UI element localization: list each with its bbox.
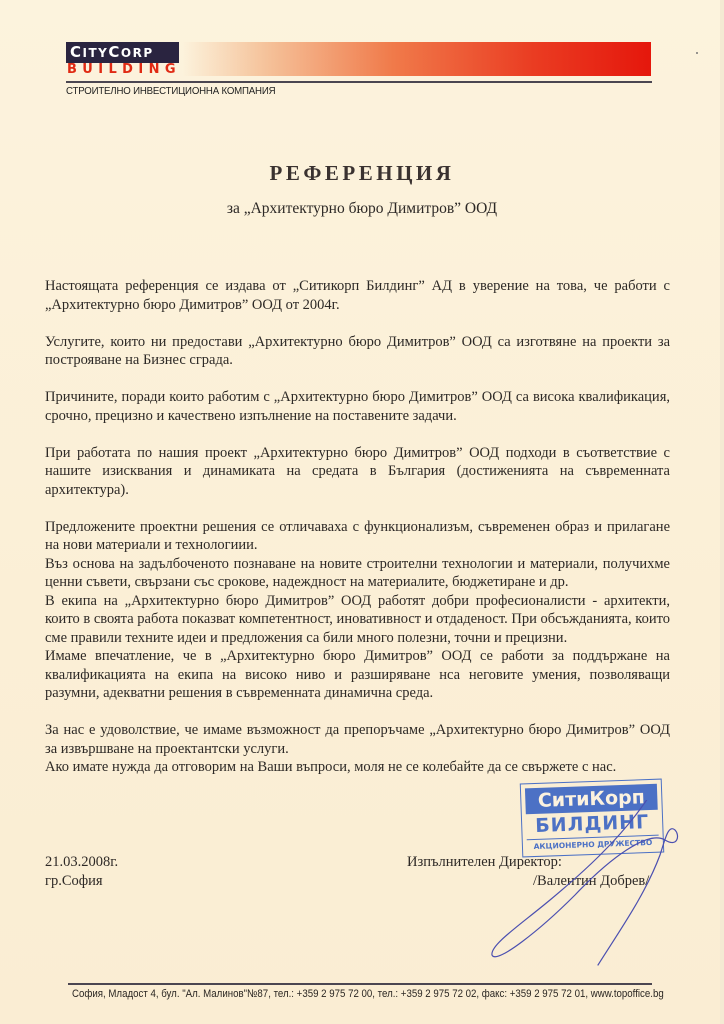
signature-icon [480, 800, 700, 970]
logo-citycorp: CITYCORP [70, 43, 154, 63]
paragraph-8: Имаме впечатление, че в „Архитектурно бю… [45, 647, 670, 703]
paragraph-2: Услугите, които ни предостави „Архитекту… [45, 333, 670, 370]
paragraph-7: В екипа на „Архитектурно бюро Димитров” … [45, 592, 670, 648]
letter-page: CITYCORP BUILDING СТРОИТЕЛНО ИНВЕСТИЦИОН… [0, 0, 724, 1024]
company-tagline: СТРОИТЕЛНО ИНВЕСТИЦИОННА КОМПАНИЯ [66, 85, 275, 97]
footer-divider [68, 983, 652, 985]
date-place-block: 21.03.2008г. гр.София [45, 853, 118, 890]
header-divider [66, 81, 652, 83]
letter-body: Настоящата референция се издава от „Сити… [45, 277, 670, 777]
paragraph-3: Причините, поради които работим с „Архит… [45, 388, 670, 425]
logo-building: BUILDING [67, 63, 181, 77]
paragraph-9: За нас е удоволствие, че имаме възможнос… [45, 721, 670, 758]
document-title: РЕФЕРЕНЦИЯ [0, 161, 724, 186]
footer-contact-info: София, Младост 4, бул. "Ал. Малинов"№87,… [72, 988, 664, 1000]
paragraph-1: Настоящата референция се издава от „Сити… [45, 277, 670, 314]
scan-speck [696, 52, 698, 54]
paragraph-5: Предложените проектни решения се отличав… [45, 518, 670, 555]
paragraph-10: Ако имате нужда да отговорим на Ваши въп… [45, 758, 670, 777]
letter-city: гр.София [45, 872, 118, 891]
paragraph-4: При работата по нашия проект „Архитектур… [45, 444, 670, 500]
document-subtitle: за „Архитектурно бюро Димитров” ООД [0, 200, 724, 218]
page-edge [720, 0, 724, 1024]
header-gradient-bar [182, 42, 651, 76]
paragraph-6: Въз основа на задълбоченото познаване на… [45, 555, 670, 592]
letter-date: 21.03.2008г. [45, 853, 118, 872]
